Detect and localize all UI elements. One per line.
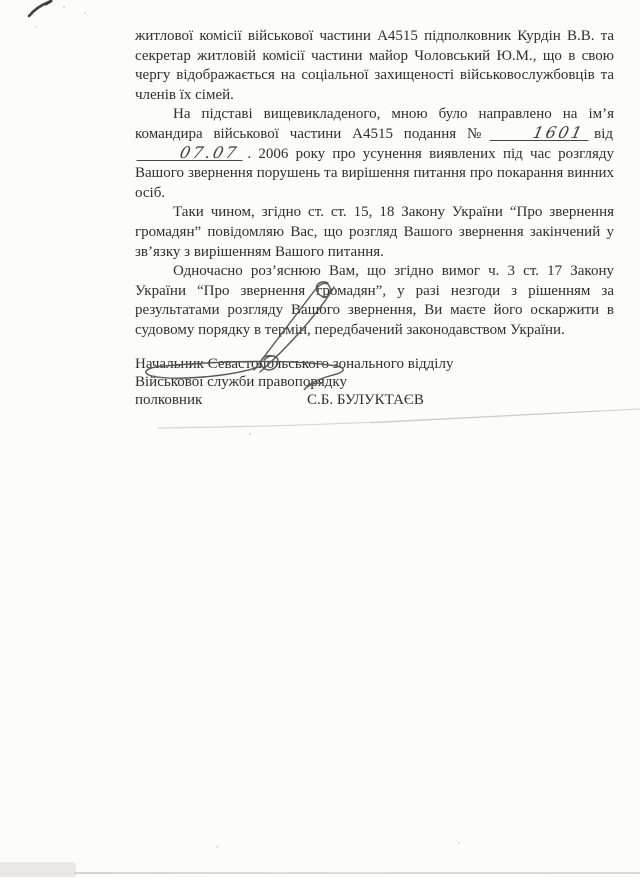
pen-mark-icon (24, 0, 76, 34)
signer-rank: полковник (135, 391, 307, 409)
paragraph-submission: На підставі вищевикладеного, мною було н… (135, 105, 614, 203)
letter-body: житлової комісії військової частини А451… (135, 27, 614, 410)
scan-speck (458, 842, 460, 844)
signer-name: С.Б. БУЛУКТАЄВ (307, 391, 424, 409)
paragraph-appeal-rights: Одночасно роз’яснюю Вам, що згідно вимог… (135, 262, 614, 340)
signer-rank-name-row: полковник С.Б. БУЛУКТАЄВ (135, 391, 614, 409)
scan-speck (84, 12, 86, 14)
signature-block: Начальник Севастопольського зонального в… (135, 355, 614, 410)
handwritten-number: 1601 (490, 126, 592, 141)
signer-title-line2: Військової служби правопорядку (135, 373, 614, 391)
scan-edge-shadow (74, 872, 640, 874)
scan-edge-smudge (0, 862, 76, 877)
scanned-letter-page: житлової комісії військової частини А451… (0, 0, 640, 878)
signer-title-line1: Начальник Севастопольського зонального в… (135, 355, 614, 373)
paragraph-housing-commission: житлової комісії військової частини А451… (135, 27, 614, 105)
paragraph-review-closed: Таки чином, згідно ст. ст. 15, 18 Закону… (135, 203, 614, 262)
submission-text-vid: від (593, 126, 614, 142)
handwritten-date: 07.07 (136, 146, 246, 161)
scan-speck (249, 433, 251, 435)
scan-speck (216, 846, 218, 848)
